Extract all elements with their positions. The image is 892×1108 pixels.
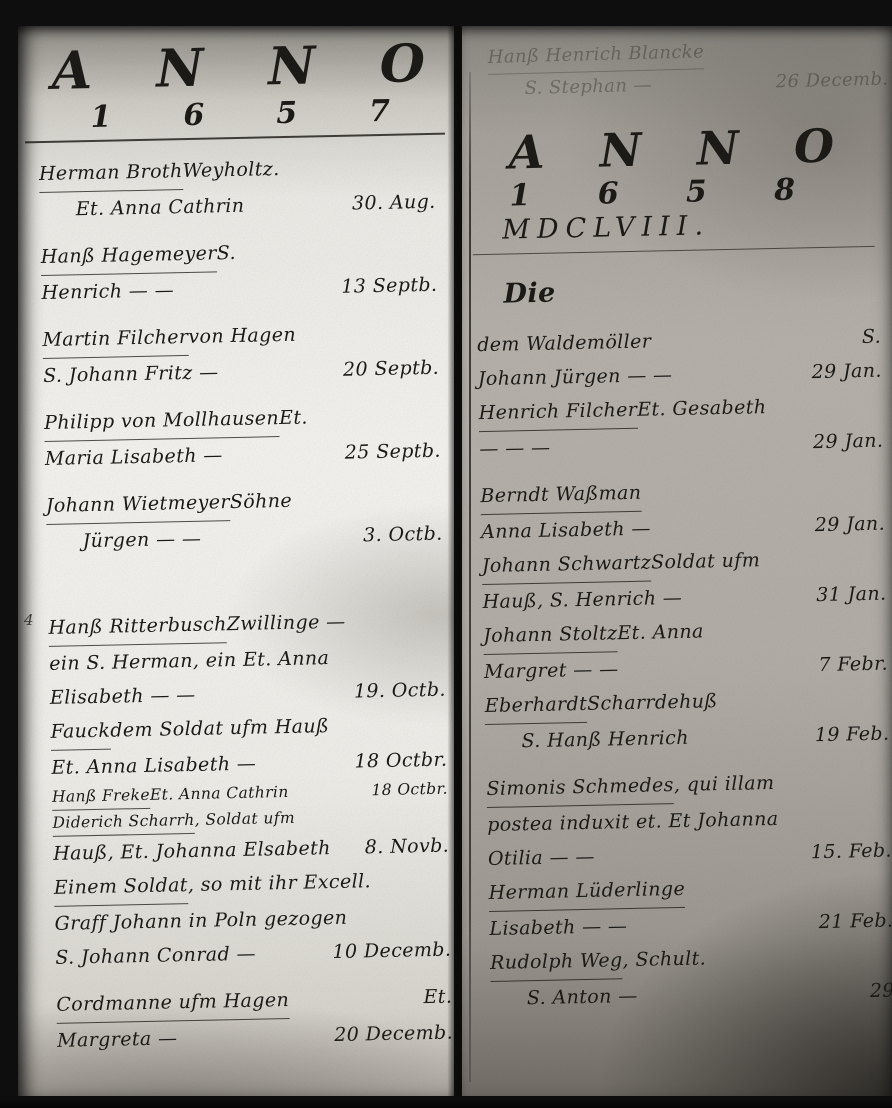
entry-name: Johann Wietmeyer: [46, 485, 231, 525]
entry-text: Et. Anna Cathrin: [150, 780, 289, 807]
entry-date: 29 Jan.: [804, 507, 885, 543]
entry-name: Henrich Filcher: [478, 393, 637, 432]
year-underline: [25, 133, 445, 144]
entry-text: S. Hanß Henrich: [521, 721, 689, 758]
entry-text: Scharrdehuß: [587, 684, 718, 721]
entry-name: Johann Schwartz: [481, 546, 651, 586]
register-scan: A N N O 1 6 5 7 4 Herman Broth Weyholtz.: [0, 0, 892, 1108]
anno-word-1657: A N N O: [17, 37, 454, 98]
entry-date: 19. Octb.: [344, 673, 447, 709]
scan-bottom-edge: [0, 1098, 892, 1108]
die-subheading: Die: [463, 270, 892, 310]
anno-letter: N: [267, 40, 316, 93]
entry-name: Rudolph Weg: [490, 943, 623, 982]
entry-text: , so mit ihr Excell.: [187, 864, 371, 902]
right-page-1658: Hanß Henrich Blancke S. Stephan — 26 Dec…: [462, 26, 892, 1096]
year-digit: 8: [774, 174, 796, 207]
entry-text: Soldat ufm: [651, 543, 761, 579]
entry-name: Hanß Freke: [52, 783, 150, 811]
entry-date: 21 Feb.: [808, 904, 892, 940]
register-line: Maria Lisabeth — 25 Septb.: [45, 434, 442, 476]
entry-text: Anna Lisabeth —: [481, 512, 651, 550]
entry-text: Johann Jürgen — —: [478, 358, 673, 396]
entry-date: 25 Septb.: [334, 434, 441, 470]
entry-text: S. Johann Conrad —: [55, 937, 256, 975]
register-line: Henrich — — 13 Septb.: [41, 268, 438, 310]
entry-text: Et. Gesabeth: [637, 390, 767, 427]
entry-name: Herman Lüderlinge: [488, 872, 685, 912]
register-line: Margreta — 20 Decemb.: [57, 1016, 454, 1058]
entry-date: 13 Septb.: [331, 268, 438, 304]
entry-text: , Soldat ufm: [194, 806, 295, 832]
register-line: S. Hanß Henrich 19 Feb.: [485, 717, 890, 759]
left-page-entries: Herman Broth Weyholtz. Et. Anna Cathrin …: [9, 149, 464, 1059]
entry-date: 15. Feb.: [800, 834, 892, 870]
entry-date: 26 Decemb.: [765, 64, 889, 97]
entry-text: S. Anton —: [527, 979, 638, 1015]
entry-text: Et.: [279, 400, 308, 435]
left-page-heading: A N N O 1 6 5 7: [17, 37, 455, 143]
entry-text: , Schult.: [622, 941, 706, 977]
entry-text: Zwillinge —: [226, 605, 346, 641]
entry-date: S.: [852, 320, 882, 355]
heading-underline: [473, 246, 875, 255]
entry-name: Hanß Ritterbusch: [48, 607, 227, 647]
entry-date: 18 Octbr.: [344, 743, 448, 779]
entry-date: 19 Feb.: [804, 717, 889, 753]
year-digit: 1: [509, 179, 531, 212]
entry-text: Et. Anna Lisabeth —: [51, 747, 257, 785]
entry-text: Maria Lisabeth —: [45, 438, 223, 476]
register-line: S. Johann Fritz — 20 Septb.: [43, 351, 440, 393]
entry-text: Elisabeth — —: [50, 678, 196, 715]
entry-date: 29 Jan.: [801, 354, 882, 390]
entry-date: 7 Febr.: [808, 647, 888, 683]
entry-text: Hauß, Et. Johanna Elsabeth: [53, 831, 331, 871]
entry-text: postea induxit et. Et Johanna: [487, 802, 779, 842]
entry-text: ein S. Herman, ein Et. Anna: [49, 641, 330, 681]
year-digit: 5: [276, 97, 298, 130]
entry-date: Et.: [413, 980, 452, 1015]
entry-text: Hauß, S. Henrich —: [482, 581, 682, 619]
entry-name: Martin Filcher: [42, 320, 189, 359]
entry-name: Berndt Waßman: [480, 476, 642, 515]
right-page-heading: A N N O 1 6 5 8 MDCLVIII. Die: [460, 122, 892, 311]
year-digit: 1: [90, 101, 112, 134]
carryover-entry-1657: Hanß Henrich Blancke S. Stephan — 26 Dec…: [461, 20, 892, 105]
entry-name: Fauck: [50, 714, 110, 751]
entry-date: 18 Octbr.: [361, 777, 448, 803]
entry-name: Diderich Scharrh: [52, 808, 195, 837]
entry-text: S.: [216, 236, 236, 270]
entry-date: 3. Octb.: [353, 517, 443, 553]
anno-word-1658: A N N O: [460, 122, 891, 177]
anno-letter: O: [794, 123, 835, 170]
anno-letter: O: [379, 38, 426, 91]
entry-text: Et. Anna Cathrin: [75, 189, 244, 227]
entry-date: 10 Decemb.: [322, 933, 451, 970]
anno-letter: N: [156, 43, 205, 96]
entry-name: Einem Soldat: [54, 868, 189, 907]
entry-name: Simonis Schmedes: [486, 768, 674, 808]
register-line: — — — 29 Jan.: [479, 424, 884, 466]
entry-text: Graff Johann in Poln gezogen: [54, 901, 347, 941]
register-line: Jürgen — — 3. Octb.: [46, 517, 443, 559]
entry-name: Cordmanne ufm Hagen: [56, 983, 289, 1024]
entry-text: Margreta —: [57, 1021, 178, 1058]
register-line: S. Johann Conrad — 10 Decemb.: [55, 933, 452, 975]
entry-text: Otilia — —: [488, 840, 596, 876]
entry-text: Söhne: [230, 484, 293, 519]
entry-text: dem Waldemöller: [477, 324, 652, 362]
entry-date: 30. Aug.: [342, 185, 436, 221]
entry-text: S. Stephan —: [524, 71, 652, 104]
register-line: Et. Anna Cathrin 30. Aug.: [39, 185, 436, 227]
entry-text: Weyholtz.: [182, 152, 280, 188]
year-digit: 6: [597, 177, 619, 210]
year-digit: 7: [369, 95, 391, 128]
entry-date: 31 Jan.: [806, 577, 887, 613]
anno-letter: N: [696, 125, 739, 172]
entry-text: Jürgen — —: [82, 522, 201, 558]
right-page-entries: dem Waldemöller S. Johann Jürgen — — 29 …: [455, 320, 892, 1017]
entry-text: Et. Anna: [617, 614, 704, 650]
entry-text: , qui illam: [673, 766, 774, 802]
anno-letter: A: [508, 129, 545, 176]
entry-date: 29 Jan.: [803, 424, 884, 460]
entry-text: dem Soldat ufm Hauß: [110, 709, 330, 748]
anno-letter: N: [599, 127, 642, 174]
entry-date: 8. Novb.: [354, 829, 449, 865]
entry-text: Margret — —: [484, 652, 619, 689]
entry-name: Herman Broth: [39, 154, 183, 193]
left-page-1657: A N N O 1 6 5 7 4 Herman Broth Weyholtz.: [18, 26, 454, 1096]
entry-text: Lisabeth — —: [489, 909, 628, 946]
entry-date: 20 Septb.: [333, 351, 440, 387]
entry-text: von Hagen: [188, 318, 296, 354]
entry-date: 20 Decemb.: [324, 1016, 453, 1053]
entry-text: — — —: [479, 431, 551, 466]
entry-date: 29: [859, 974, 892, 1009]
year-digit: 6: [183, 99, 205, 132]
entry-text: S. Johann Fritz —: [43, 355, 219, 393]
entry-name: Johann Stoltz: [483, 616, 618, 655]
entry-text: Henrich — —: [41, 273, 174, 310]
entry-name: Philipp von Mollhausen: [44, 401, 280, 442]
entry-name: Hanß Hagemeyer: [40, 236, 217, 276]
anno-letter: A: [51, 45, 93, 98]
register-line: S. Anton — 29: [491, 974, 892, 1016]
year-digit: 5: [686, 175, 708, 208]
entry-name: Eberhardt: [484, 687, 587, 725]
